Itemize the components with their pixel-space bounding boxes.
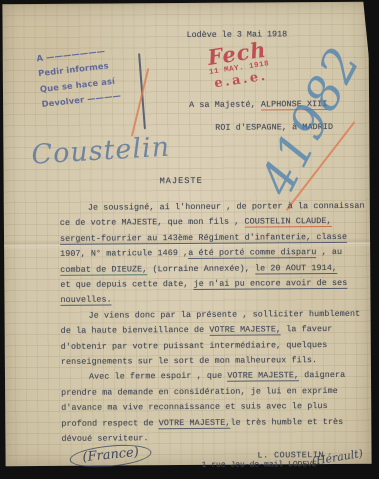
text-segment: renseignements sur le sort de mon malheu… xyxy=(61,355,317,367)
text-segment: VOTRE MAJESTE, xyxy=(209,325,281,337)
text-line: 1907, N° matricule 1469 ,a été porté com… xyxy=(60,245,364,263)
text-segment: VOTRE MAJESTE, xyxy=(159,417,231,429)
text-segment: je n'ai pu encore avoir de ses xyxy=(194,278,348,290)
text-segment: a été porté comme disparu xyxy=(188,247,316,259)
text-segment: profond respect de xyxy=(61,418,158,429)
text-line: profond respect de VOTRE MAJESTE,le très… xyxy=(61,414,365,432)
text-segment: Je soussigné, ai l'honneur , de porter à… xyxy=(88,201,365,213)
text-segment: , au xyxy=(316,247,342,257)
text-segment: le 20 AOUT 1914, xyxy=(255,263,337,275)
handwritten-name: Coustelin xyxy=(31,132,171,171)
text-segment: la faveur xyxy=(281,324,332,334)
letter-body: Je soussigné, ai l'honneur , de porter à… xyxy=(60,199,366,448)
reception-stamp: Fech 11 MAY. 1918 e.a.e. xyxy=(181,36,296,96)
text-line: d'obtenir par votre puissant intermédiai… xyxy=(61,337,365,355)
text-segment: Je viens donc par la présente , sollicit… xyxy=(89,309,361,321)
text-segment: dévoué serviteur. xyxy=(61,433,148,444)
sender-address: 1 rue Jeu-de-mail LODEVE xyxy=(202,460,317,470)
salutation: MAJESTE xyxy=(160,176,203,186)
text-line: de la haute bienveillance de VOTRE MAJES… xyxy=(61,322,365,340)
text-segment: combat de DIEUZE, xyxy=(60,264,147,276)
text-segment: Avec le ferme espoir , que xyxy=(89,371,227,382)
text-line: dévoué serviteur. xyxy=(61,430,365,448)
scanned-letter: A ———————Pedir informesQue se hace asíDe… xyxy=(0,0,379,479)
text-line: d'avance ma vive reconnaissance et suis … xyxy=(61,399,365,417)
text-segment: et que depuis cette date, xyxy=(60,279,193,290)
text-segment: d'obtenir par votre puissant intermédiai… xyxy=(61,340,328,352)
text-segment: A sa Majesté, xyxy=(189,99,261,110)
text-segment: daignera xyxy=(299,370,345,380)
text-segment: 1907, N° matricule 1469 , xyxy=(60,248,188,259)
text-segment: d'avance ma vive reconnaissance et suis … xyxy=(61,401,328,413)
text-segment: de la haute bienveillance de xyxy=(61,325,210,336)
letter-paper: A ———————Pedir informesQue se hace asíDe… xyxy=(2,2,371,467)
text-segment: sergent-fourrier au 143ème Régiment d'in… xyxy=(60,232,347,245)
text-segment: nouvelles. xyxy=(60,295,111,306)
text-segment: ce de votre MAJESTE, que mon fils , xyxy=(60,217,245,228)
text-line: et que depuis cette date, je n'ai pu enc… xyxy=(60,276,364,294)
text-segment: COUSTELIN CLAUDE, xyxy=(244,216,331,228)
text-segment: VOTRE MAJESTE, xyxy=(227,371,299,383)
text-segment: prendre ma demande en considération, je … xyxy=(61,386,338,398)
text-segment: le très humble et très xyxy=(230,417,343,428)
text-segment: (Lorraine Annexée), xyxy=(147,263,255,274)
margin-note-pencil: A ———————Pedir informesQue se hace asíDe… xyxy=(36,43,122,113)
